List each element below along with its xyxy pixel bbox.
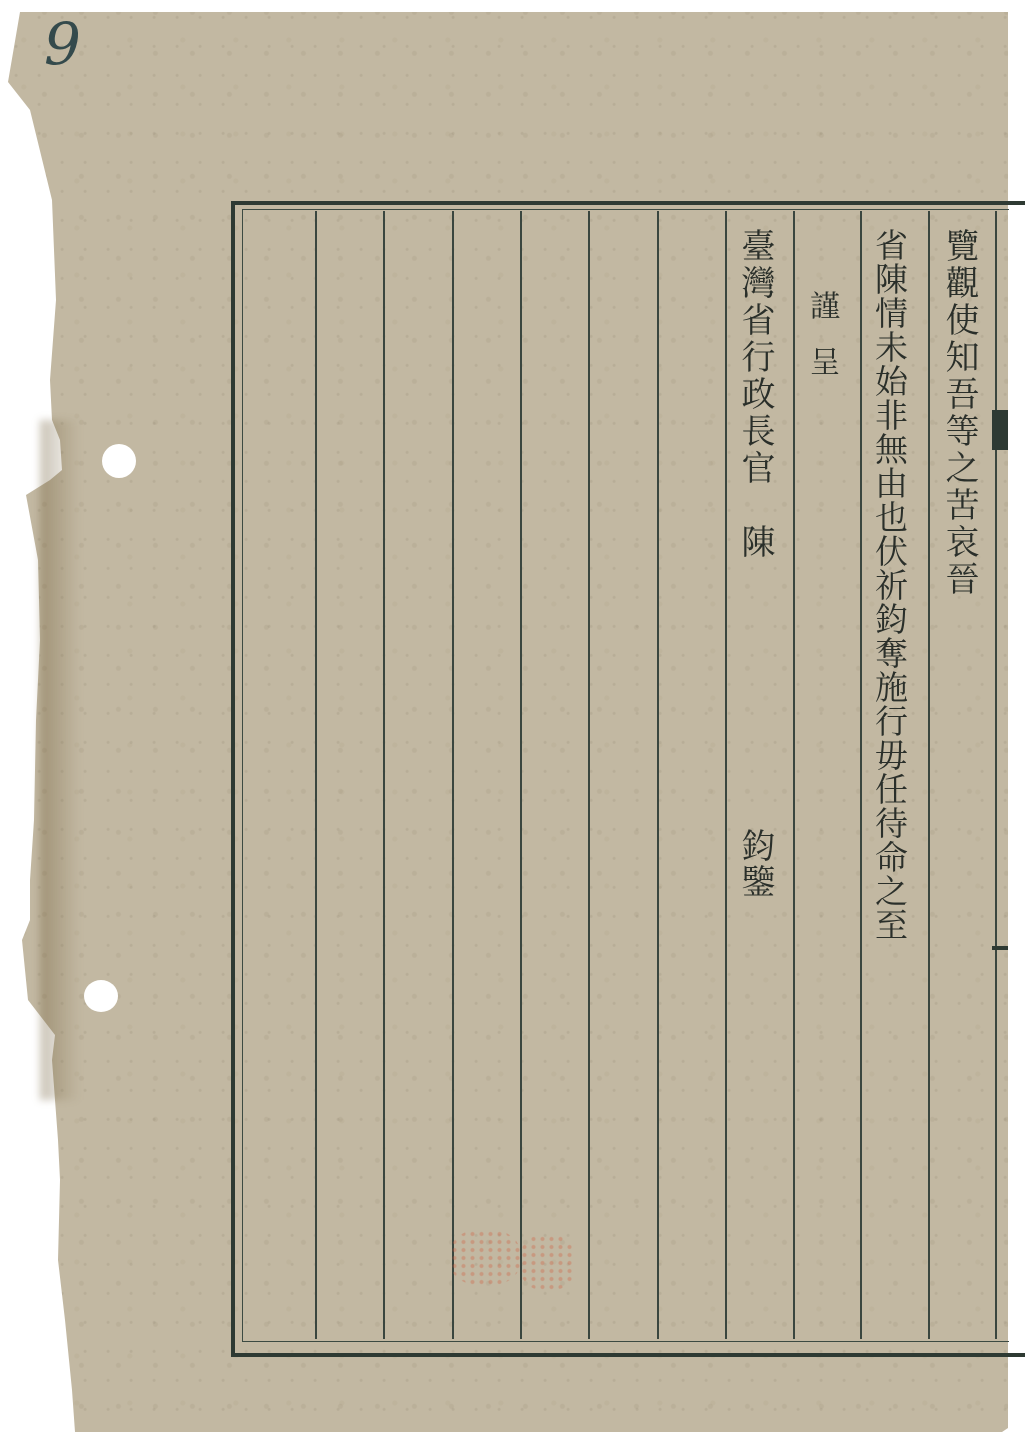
handwritten-page-number: 9 bbox=[44, 14, 84, 84]
punch-hole-bottom bbox=[84, 980, 118, 1012]
text-column-3: 謹呈 bbox=[806, 290, 836, 402]
punch-hole-top bbox=[102, 444, 136, 478]
water-stain bbox=[40, 420, 80, 1100]
column-rule bbox=[452, 211, 454, 1339]
text-column-1: 覽觀使知吾等之苦哀晉 bbox=[942, 228, 976, 598]
column-rule bbox=[995, 211, 997, 1339]
adjacent-page-mark bbox=[992, 946, 1008, 950]
column-rule bbox=[793, 211, 795, 1339]
column-rule bbox=[520, 211, 522, 1339]
red-seal-impression bbox=[520, 1235, 575, 1290]
text-column-2: 省陳情未始非無由也伏祈鈞奪施行毋任待命之至 bbox=[873, 228, 906, 942]
column-rule bbox=[725, 211, 727, 1339]
text-column-4-signature: 鈞鑒 bbox=[738, 828, 772, 900]
adjacent-page-mark bbox=[992, 410, 1008, 450]
text-column-4: 臺灣省行政長官 陳 bbox=[738, 228, 772, 561]
column-rule bbox=[860, 211, 862, 1339]
red-seal-impression bbox=[450, 1230, 520, 1285]
column-rule bbox=[315, 211, 317, 1339]
column-rule bbox=[657, 211, 659, 1339]
column-rule bbox=[383, 211, 385, 1339]
column-rule bbox=[588, 211, 590, 1339]
column-rule bbox=[928, 211, 930, 1339]
